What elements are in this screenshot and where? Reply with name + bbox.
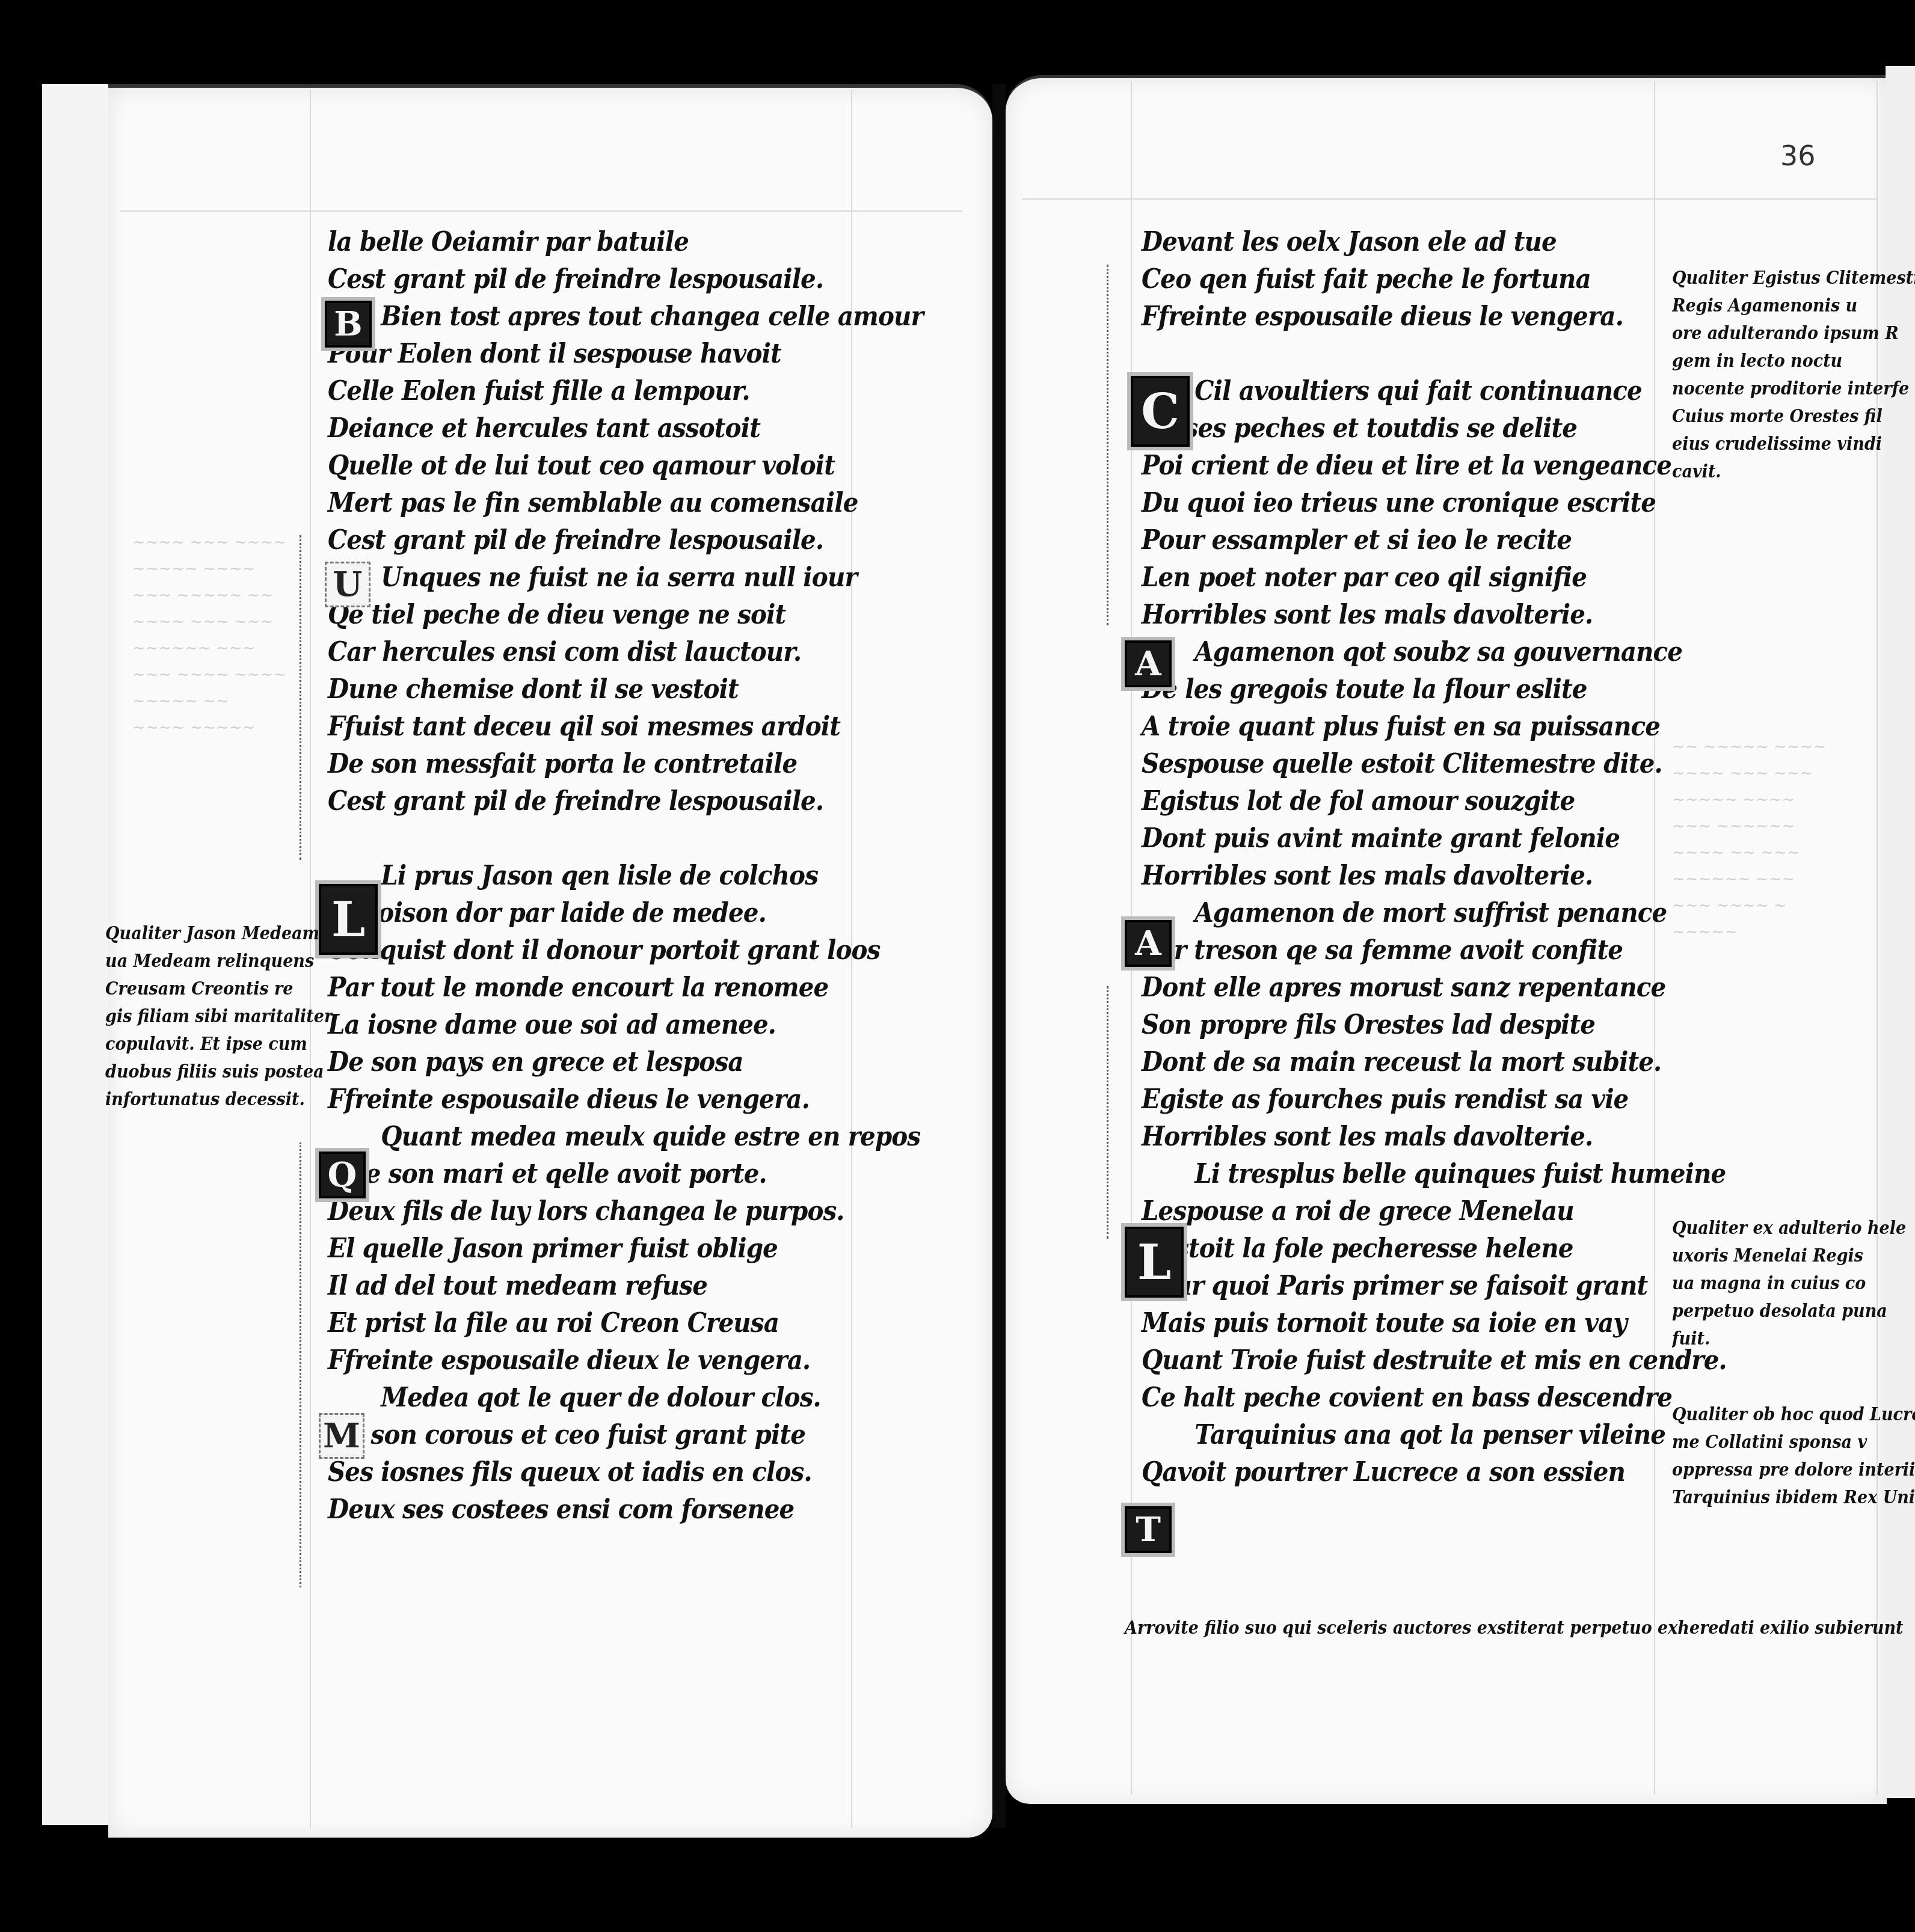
gloss-line: uxoris Menelai Regis xyxy=(1672,1242,1906,1270)
top-ruling-right xyxy=(1022,198,1877,200)
verse-line: Car hercules ensi com dist lauctour. xyxy=(328,634,815,671)
verse-line: Agamenon de mort suffrist penance xyxy=(1142,895,1617,932)
verse-line: Agamenon qot soubz sa gouvernance xyxy=(1142,634,1617,671)
verse-line: Pour quoi Paris primer se faisoit grant xyxy=(1142,1268,1617,1305)
verse-line: Quant Troie fuist destruite et mis en ce… xyxy=(1142,1342,1617,1379)
gloss-line: Qualiter Egistus Clitemestra xyxy=(1672,265,1915,292)
decorated-initial-B: B xyxy=(325,301,372,348)
verse-line: Horribles sont les mals davolterie. xyxy=(1142,596,1617,634)
verse-line: Li tresplus belle quinques fuist humeine xyxy=(1142,1156,1617,1193)
verse-line: Cest grant pil de freindre lespousaile. xyxy=(328,522,815,559)
verse-line: Pour Eolen dont il sespouse havoit xyxy=(328,336,815,373)
verse-line: Quant medea meulx quide estre en repos xyxy=(328,1118,815,1156)
verse-line: Sespouse quelle estoit Clitemestre dite. xyxy=(1142,746,1617,783)
verse-line: En son corous et ceo fuist grant pite xyxy=(328,1417,815,1454)
verse-line: Mert pas le fin semblable au comensaile xyxy=(328,485,815,522)
verse-line: Celle Eolen fuist fille a lempour. xyxy=(328,373,815,410)
verse-line: Ffuist tant deceu qil soi mesmes ardoit xyxy=(328,708,815,746)
verse-line: Egistus lot de fol amour souzgite xyxy=(1142,783,1617,820)
verse-line: Conquist dont il donour portoit grant lo… xyxy=(328,932,815,969)
gloss-line: Regis Agamenonis u xyxy=(1672,292,1915,320)
verse-line: A troie quant plus fuist en sa puissance xyxy=(1142,708,1617,746)
pen-flourish-left xyxy=(300,535,310,860)
right-verse-column: Devant les oelx Jason ele ad tueCeo qen … xyxy=(1142,224,1659,1491)
decorated-initial-A-second: A xyxy=(1125,920,1172,967)
gloss-line: Qualiter ex adulterio hele xyxy=(1672,1215,1906,1242)
decorated-initial-Q: Q xyxy=(319,1152,366,1198)
gloss-line: eius crudelissime vindi xyxy=(1672,431,1915,458)
right-margin-gloss-egistus: Qualiter Egistus ClitemestraRegis Agamen… xyxy=(1672,265,1915,486)
gloss-line: Qualiter ob hoc quod Lucrecia xyxy=(1672,1401,1915,1429)
verse-line: Lespouse a roi de grece Menelau xyxy=(1142,1193,1617,1230)
verse-line: Ses iosnes fils queux ot iadis en clos. xyxy=(328,1454,815,1491)
decorated-initial-T: T xyxy=(1125,1506,1172,1553)
verse-line: Cil avoultiers qui fait continuance xyxy=(1142,373,1617,410)
bottom-latin-note: Arrovite filio suo qui sceleris auctores… xyxy=(1125,1615,1904,1642)
gloss-line: gem in lecto noctu xyxy=(1672,348,1915,375)
right-margin-gloss-lucrecia: Qualiter ob hoc quod Lucreciame Collatin… xyxy=(1672,1401,1915,1512)
verse-line: Du quoi ieo trieus une cronique escrite xyxy=(1142,485,1617,522)
verse-line: Deux fils de luy lors changea le purpos. xyxy=(328,1193,815,1230)
gloss-line: ua Medeam relinquens xyxy=(105,948,333,975)
gloss-line: duobus filiis suis postea xyxy=(105,1058,333,1086)
verse-line: De son pays en grece et lesposa xyxy=(328,1044,815,1081)
gloss-line: cavit. xyxy=(1672,458,1915,486)
gloss-line: copulavit. Et ipse cum xyxy=(105,1031,333,1058)
verse-line: Pour essampler et si ieo le recite xyxy=(1142,522,1617,559)
verse-line: De son messfait porta le contretaile xyxy=(328,746,815,783)
gloss-line: gis filiam sibi maritaliter xyxy=(105,1003,333,1031)
folio-number: 36 xyxy=(1780,140,1816,172)
gloss-line: me Collatini sponsa v xyxy=(1672,1429,1915,1456)
verse-line: Ffreinte espousaile dieus le vengera. xyxy=(328,1081,815,1118)
verse-line: Par tout le monde encourt la renomee xyxy=(328,969,815,1007)
verse-line: Son propre fils Orestes lad despite xyxy=(1142,1007,1617,1044)
gloss-line: infortunatus decessit. xyxy=(105,1086,333,1114)
verse-line: Ffreinte espousaile dieus le vengera. xyxy=(1142,298,1617,336)
gloss-line: nocente proditorie interfe xyxy=(1672,375,1915,403)
stanza-break xyxy=(328,820,857,857)
verse-line: Li prus Jason qen lisle de colchos xyxy=(328,857,815,895)
left-verse-column: la belle Oeiamir par batuileCest grant p… xyxy=(328,224,857,1529)
verse-line: Dont puis avint mainte grant felonie xyxy=(1142,820,1617,857)
verse-line: Medea qot le quer de dolour clos. xyxy=(328,1379,815,1417)
verse-line: El quelle Jason primer fuist oblige xyxy=(328,1230,815,1268)
decorated-initial-U: U xyxy=(325,562,370,607)
pen-flourish-left-lower xyxy=(300,1142,310,1587)
decorated-initial-A: A xyxy=(1125,640,1172,687)
book-gutter xyxy=(992,84,1006,1828)
gloss-line: Creusam Creontis re xyxy=(105,975,333,1003)
show-through-text-right: ~~ ~~~~~ ~~~~~~~~ ~~~ ~~~~~~~~ ~~~~~~~ ~… xyxy=(1672,734,1826,945)
verse-line: Ffreinte espousaile dieux le vengera. xyxy=(328,1342,815,1379)
verse-line: Le toison dor par laide de medee. xyxy=(328,895,815,932)
right-margin-gloss-helen: Qualiter ex adulterio heleuxoris Menelai… xyxy=(1672,1215,1906,1353)
verse-line: Bien tost apres tout changea celle amour xyxy=(328,298,815,336)
gloss-line: Cuius morte Orestes fil xyxy=(1672,403,1915,431)
verse-line: Cestoit la fole pecheresse helene xyxy=(1142,1230,1617,1268)
verse-line: Mais puis tornoit toute sa ioie en vay xyxy=(1142,1305,1617,1342)
verse-line: Cest grant pil de freindre lespousaile. xyxy=(328,261,815,298)
verse-line: Par treson qe sa femme avoit confite xyxy=(1142,932,1617,969)
verse-line: Horribles sont les mals davolterie. xyxy=(1142,857,1617,895)
gloss-line: ua magna in cuius co xyxy=(1672,1270,1906,1298)
pen-flourish-right-lower xyxy=(1107,986,1117,1239)
gloss-line: oppressa pre dolore interiit xyxy=(1672,1456,1915,1484)
verse-line: De les gregois toute la flour eslite xyxy=(1142,671,1617,708)
gloss-line: Qualiter Jason Medeam xyxy=(105,920,333,948)
verse-line: Dont de sa main receust la mort subite. xyxy=(1142,1044,1617,1081)
decorated-initial-M: M xyxy=(319,1413,364,1459)
verse-line: Cest grant pil de freindre lespousaile. xyxy=(328,783,815,820)
verse-line: Deux ses costees ensi com forsenee xyxy=(328,1491,815,1529)
verse-line: Qavoit pourtrer Lucrece a son essien xyxy=(1142,1454,1617,1491)
decorated-initial-L-right: L xyxy=(1125,1227,1184,1298)
verse-line: Ceo qen fuist fait peche le fortuna xyxy=(1142,261,1617,298)
stanza-break xyxy=(1142,336,1659,373)
verse-line: Egiste as fourches puis rendist sa vie xyxy=(1142,1081,1617,1118)
verse-line: Poi crient de dieu et lire et la vengean… xyxy=(1142,447,1617,485)
pen-flourish-right xyxy=(1107,265,1117,625)
verse-line: Tarquinius ana qot la penser vileine xyxy=(1142,1417,1617,1454)
verse-line: Horribles sont les mals davolterie. xyxy=(1142,1118,1617,1156)
show-through-text: ~~~~ ~~~ ~~~~~~~~~ ~~~~~~~ ~~~~~ ~~~~~~ … xyxy=(132,529,286,741)
verse-line: Dont elle apres morust sanz repentance xyxy=(1142,969,1617,1007)
verse-line: Deiance et hercules tant assotoit xyxy=(328,410,815,447)
verse-line: La iosne dame oue soi ad amenee. xyxy=(328,1007,815,1044)
verse-line: Qe tiel peche de dieu venge ne soit xyxy=(328,596,815,634)
left-page-fore-edge xyxy=(42,84,110,1825)
verse-line: la belle Oeiamir par batuile xyxy=(328,224,815,261)
verse-line: Et prist la file au roi Creon Creusa xyxy=(328,1305,815,1342)
verse-line: Il ad del tout medeam refuse xyxy=(328,1268,815,1305)
gloss-line: Tarquinius ibidem Rex Uni xyxy=(1672,1484,1915,1512)
verse-line: Quelle ot de lui tout ceo qamour voloit xyxy=(328,447,815,485)
verse-line: Ce halt peche covient en bass descendre xyxy=(1142,1379,1617,1417)
verse-line: Oue son mari et qelle avoit porte. xyxy=(328,1156,815,1193)
left-margin-gloss: Qualiter Jason Medeamua Medeam relinquen… xyxy=(105,920,333,1114)
decorated-initial-C: C xyxy=(1131,376,1190,447)
verse-line: Len poet noter par ceo qil signifie xyxy=(1142,559,1617,596)
verse-line: Unques ne fuist ne ia serra null iour xyxy=(328,559,815,596)
gloss-line: perpetuo desolata puna xyxy=(1672,1298,1906,1325)
top-ruling-left xyxy=(120,210,962,212)
verse-line: Devant les oelx Jason ele ad tue xyxy=(1142,224,1617,261)
gloss-line: ore adulterando ipsum R xyxy=(1672,320,1915,348)
verse-line: En ses peches et toutdis se delite xyxy=(1142,410,1617,447)
gloss-line: fuit. xyxy=(1672,1325,1906,1353)
verse-line: Dune chemise dont il se vestoit xyxy=(328,671,815,708)
